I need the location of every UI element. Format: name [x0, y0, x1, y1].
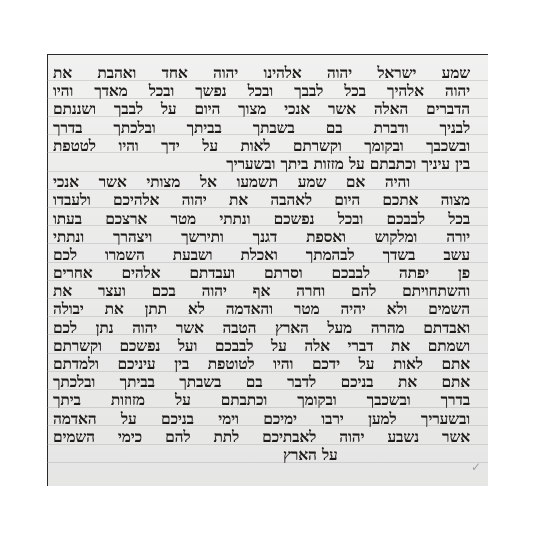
- text-line: לבניך ודברת בם בשבתך בביתך ובלכתך בדרך: [53, 119, 470, 137]
- text-line: בין עיניך וכתבתם על מזזות ביתך ובשעריך: [53, 155, 470, 173]
- text-line: ושמתם את דברי אלה על לבבכם ועל נפשכם וקש…: [53, 337, 470, 355]
- text-line: והשתחויתם להם וחרה אף יהוה בכם ועצר את: [53, 282, 470, 300]
- text-line: יהוה אלהיך בכל לבבך ובכל נפשך ובכל מאדך …: [53, 82, 470, 100]
- text-line: ואבדתם מהרה מעל הארץ הטבה אשר יהוה נתן ל…: [53, 319, 470, 337]
- text-line-final: על הארץ: [53, 446, 470, 464]
- text-line: השמים ולא יהיה מטר והאדמה לא תתן את יבול…: [53, 300, 470, 318]
- text-line: יורה ומלקוש ואספת דגנך ותירשך ויצהרך ונת…: [53, 228, 470, 246]
- text-line: עשב בשדך לבהמתך ואכלת ושבעת השמרו לכם: [53, 246, 470, 264]
- text-column: שמע ישראל יהוה אלהינו יהוה אחד ואהבת את …: [53, 64, 470, 464]
- text-line: הדברים האלה אשר אנכי מצוך היום על לבבך ו…: [53, 100, 470, 118]
- text-line: אתם לאות על ידכם והיו לטוטפת בין עיניכם …: [53, 355, 470, 373]
- text-line: והיה אם שמע תשמעו אל מצותי אשר אנכי: [53, 173, 470, 191]
- text-line: ובשעריך למען ירבו ימיכם וימי בניכם על הא…: [53, 410, 470, 428]
- text-line: מצוה אתכם היום לאהבה את יהוה אלהיכם ולעב…: [53, 191, 470, 209]
- check-mark-icon: ✓: [471, 460, 481, 474]
- text-line: אתם את בניכם לדבר בם בשבתך בביתך ובלכתך: [53, 373, 470, 391]
- text-line: בכל לבבכם ובכל נפשכם ונתתי מטר ארצכם בעת…: [53, 210, 470, 228]
- mezuzah-parchment: שמע ישראל יהוה אלהינו יהוה אחד ואהבת את …: [47, 54, 488, 486]
- text-line: פן יפתה לבבכם וסרתם ועבדתם אלהים אחרים: [53, 264, 470, 282]
- text-line: שמע ישראל יהוה אלהינו יהוה אחד ואהבת את: [53, 64, 470, 82]
- text-line: בדרך ובשכבך ובקומך וכתבתם על מזוזות ביתך: [53, 391, 470, 409]
- text-line: אשר נשבע יהוה לאבתיכם לתת להם כימי השמים: [53, 428, 470, 446]
- text-line: ובשכבך ובקומך וקשרתם לאות על ידך והיו לט…: [53, 137, 470, 155]
